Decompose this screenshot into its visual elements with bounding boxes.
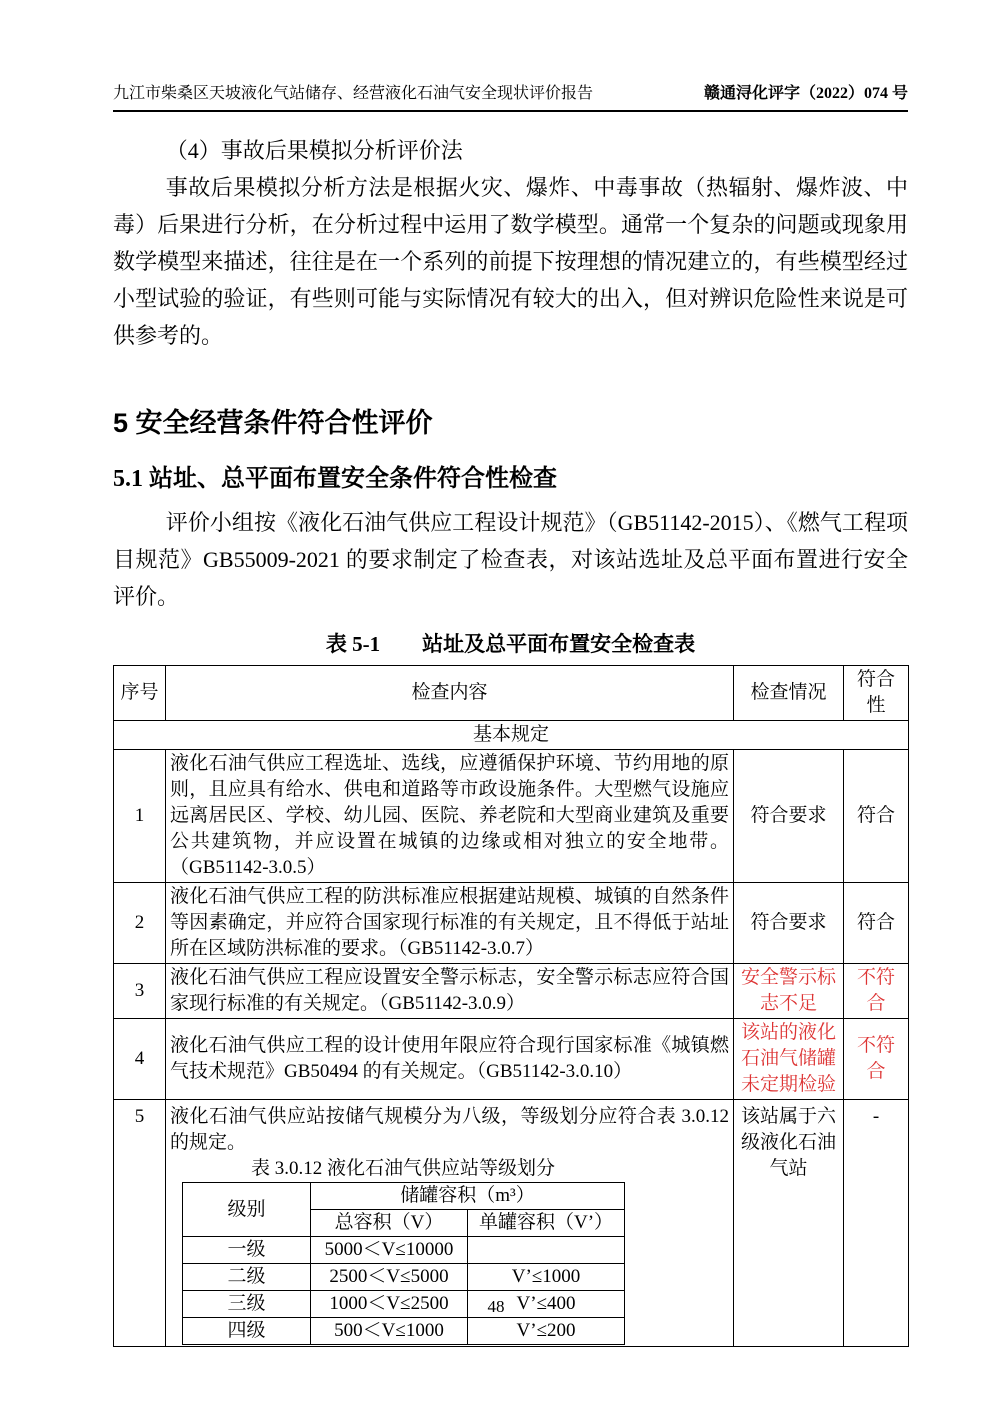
- row-content: 液化石油气供应工程的设计使用年限应符合现行国家标准《城镇燃气技术规范》GB504…: [166, 1019, 734, 1100]
- row-status-alert: 该站的液化石油气储罐未定期检验: [734, 1019, 844, 1100]
- grading-total: 2500＜V≤5000: [311, 1264, 468, 1291]
- grading-row: 四级 500＜V≤1000 V’≤200: [183, 1318, 625, 1345]
- table-header-row: 序号 检查内容 检查情况 符合性: [114, 666, 909, 721]
- table-row: 2 液化石油气供应工程的防洪标准应根据建站规模、城镇的自然条件等因素确定，并应符…: [114, 883, 909, 964]
- grading-single: V’≤200: [468, 1318, 625, 1345]
- row-content: 液化石油气供应工程应设置安全警示标志，安全警示标志应符合国家现行标准的有关规定。…: [166, 964, 734, 1019]
- page-header: 九江市柴桑区天坡液化气站储存、经营液化石油气安全现状评价报告 赣通浔化评字（20…: [113, 84, 908, 112]
- grading-table-title: 表 3.0.12 液化石油气供应站等级划分: [182, 1156, 624, 1182]
- method-heading: （4）事故后果模拟分析评价法: [113, 132, 908, 169]
- grading-total: 500＜V≤1000: [311, 1318, 468, 1345]
- row-content-text: 液化石油气供应站按储气规模分为八级，等级划分应符合表 3.0.12 的规定。: [170, 1104, 729, 1156]
- column-header-content: 检查内容: [166, 666, 734, 721]
- row-result-alert: 不符合: [844, 964, 909, 1019]
- grading-single: [468, 1237, 625, 1264]
- table-row: 4 液化石油气供应工程的设计使用年限应符合现行国家标准《城镇燃气技术规范》GB5…: [114, 1019, 909, 1100]
- grading-level: 二级: [183, 1264, 311, 1291]
- grading-row: 一级 5000＜V≤10000: [183, 1237, 625, 1264]
- table-row: 3 液化石油气供应工程应设置安全警示标志，安全警示标志应符合国家现行标准的有关规…: [114, 964, 909, 1019]
- row-result: 符合: [844, 750, 909, 883]
- row-status: 符合要求: [734, 750, 844, 883]
- row-no: 2: [114, 883, 166, 964]
- document-page: 九江市柴桑区天坡液化气站储存、经营液化石油气安全现状评价报告 赣通浔化评字（20…: [0, 0, 992, 1403]
- checklist-table-title: 表 5-1 站址及总平面布置安全检查表: [113, 629, 908, 659]
- grading-level: 四级: [183, 1318, 311, 1345]
- column-header-no: 序号: [114, 666, 166, 721]
- row-status: 符合要求: [734, 883, 844, 964]
- grading-table: 级别 储罐容积（m³） 总容积（V） 单罐容积（V’） 一级: [182, 1182, 625, 1345]
- grading-col-level: 级别: [183, 1183, 311, 1237]
- table-row: 1 液化石油气供应工程选址、选线，应遵循保护环境、节约用地的原则，且应具有给水、…: [114, 750, 909, 883]
- row-result-alert: 不符合: [844, 1019, 909, 1100]
- grading-col-total: 总容积（V）: [311, 1210, 468, 1237]
- column-header-result: 符合性: [844, 666, 909, 721]
- section-label: 基本规定: [114, 721, 909, 750]
- grading-single: V’≤1000: [468, 1264, 625, 1291]
- page-number: 48: [0, 1297, 992, 1317]
- row-result: 符合: [844, 883, 909, 964]
- table-section-row: 基本规定: [114, 721, 909, 750]
- checklist-table: 序号 检查内容 检查情况 符合性 基本规定 1 液化石油气供应工程选址、选线，应…: [113, 665, 909, 1347]
- paragraph-checklist-intro: 评价小组按《液化石油气供应工程设计规范》（GB51142-2015）、《燃气工程…: [113, 504, 908, 615]
- grading-header-row-1: 级别 储罐容积（m³）: [183, 1183, 625, 1210]
- row-status-alert: 安全警示标志不足: [734, 964, 844, 1019]
- header-doc-number: 赣通浔化评字（2022）074 号: [704, 84, 908, 104]
- row-no: 4: [114, 1019, 166, 1100]
- grading-col-capacity: 储罐容积（m³）: [311, 1183, 625, 1210]
- paragraph-method-description: 事故后果模拟分析方法是根据火灾、爆炸、中毒事故（热辐射、爆炸波、中毒）后果进行分…: [113, 169, 908, 354]
- subsection-heading: 5.1 站址、总平面布置安全条件符合性检查: [113, 464, 908, 494]
- row-content: 液化石油气供应工程的防洪标准应根据建站规模、城镇的自然条件等因素确定，并应符合国…: [166, 883, 734, 964]
- grading-level: 一级: [183, 1237, 311, 1264]
- page-content: （4）事故后果模拟分析评价法 事故后果模拟分析方法是根据火灾、爆炸、中毒事故（热…: [113, 112, 908, 1347]
- row-content: 液化石油气供应工程选址、选线，应遵循保护环境、节约用地的原则，且应具有给水、供电…: [166, 750, 734, 883]
- grading-row: 二级 2500＜V≤5000 V’≤1000: [183, 1264, 625, 1291]
- section-heading: 5 安全经营条件符合性评价: [113, 406, 908, 440]
- grading-total: 5000＜V≤10000: [311, 1237, 468, 1264]
- grading-col-single: 单罐容积（V’）: [468, 1210, 625, 1237]
- row-no: 1: [114, 750, 166, 883]
- column-header-status: 检查情况: [734, 666, 844, 721]
- header-report-title: 九江市柴桑区天坡液化气站储存、经营液化石油气安全现状评价报告: [113, 84, 593, 104]
- row-no: 3: [114, 964, 166, 1019]
